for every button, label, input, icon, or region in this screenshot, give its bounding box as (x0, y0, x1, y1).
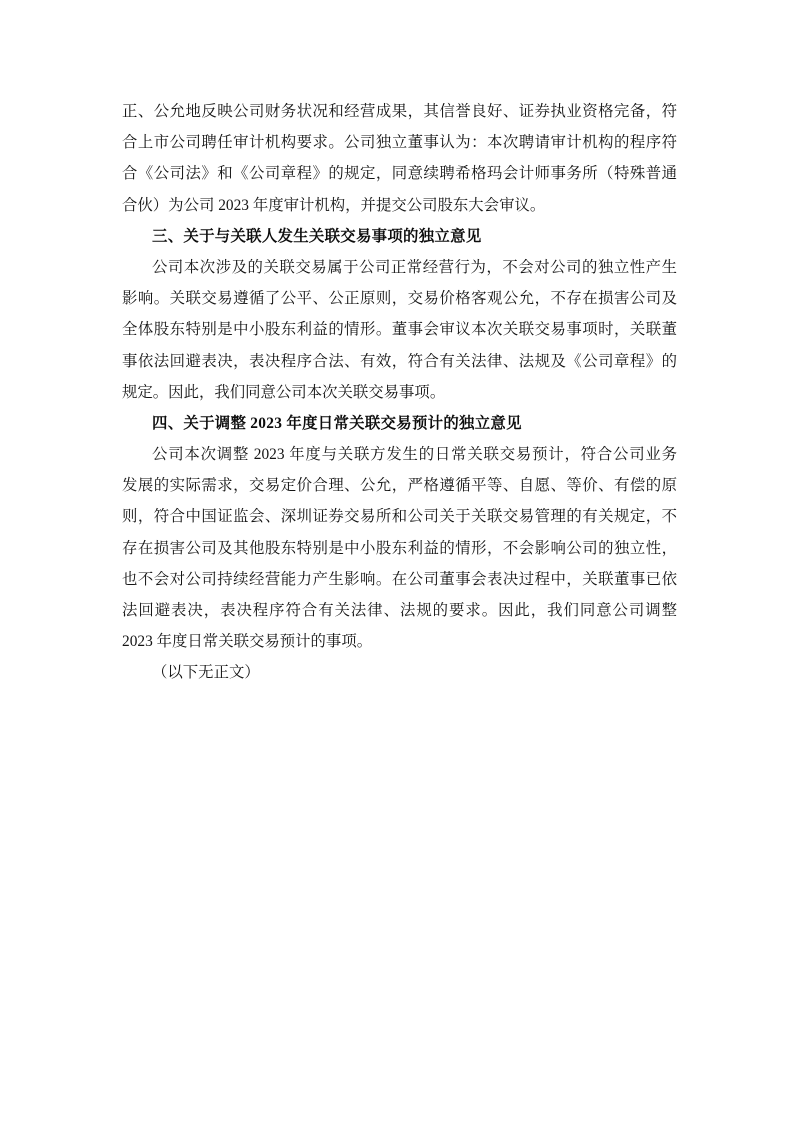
body-text-line: 法回避表决，表决程序符合有关法律、法规的要求。因此，我们同意公司调整 (122, 595, 677, 626)
body-text-line: 正、公允地反映公司财务状况和经营成果，其信誉良好、证券执业资格完备，符 (122, 96, 677, 127)
body-text-line: 全体股东特别是中小股东利益的情形。董事会审议本次关联交易事项时，关联董 (122, 314, 677, 345)
body-text-line: 也不会对公司持续经营能力产生影响。在公司董事会表决过程中，关联董事已依 (122, 564, 677, 595)
section-heading: 三、关于与关联人发生关联交易事项的独立意见 (122, 221, 677, 252)
body-text-line: 规定。因此，我们同意公司本次关联交易事项。 (122, 377, 677, 408)
body-text-line: 合上市公司聘任审计机构要求。公司独立董事认为：本次聘请审计机构的程序符 (122, 127, 677, 158)
body-text-line: 公司本次调整 2023 年度与关联方发生的日常关联交易预计，符合公司业务 (122, 439, 677, 470)
body-text-line: 合《公司法》和《公司章程》的规定，同意续聘希格玛会计师事务所（特殊普通 (122, 158, 677, 189)
body-text-line: 合伙）为公司 2023 年度审计机构，并提交公司股东大会审议。 (122, 190, 677, 221)
body-text-line: 发展的实际需求，交易定价合理、公允，严格遵循平等、自愿、等价、有偿的原 (122, 470, 677, 501)
document-page: 正、公允地反映公司财务状况和经营成果，其信誉良好、证券执业资格完备，符合上市公司… (0, 0, 793, 1122)
closing-note: （以下无正文） (122, 657, 677, 688)
body-text-line: 则，符合中国证监会、深圳证券交易所和公司关于关联交易管理的有关规定，不 (122, 501, 677, 532)
body-text-line: 2023 年度日常关联交易预计的事项。 (122, 626, 677, 657)
body-text-line: 公司本次涉及的关联交易属于公司正常经营行为，不会对公司的独立性产生 (122, 252, 677, 283)
body-text-line: 影响。关联交易遵循了公平、公正原则，交易价格客观公允，不存在损害公司及 (122, 283, 677, 314)
body-text-line: 事依法回避表决，表决程序合法、有效，符合有关法律、法规及《公司章程》的 (122, 346, 677, 377)
document-text-block: 正、公允地反映公司财务状况和经营成果，其信誉良好、证券执业资格完备，符合上市公司… (122, 96, 677, 689)
body-text-line: 存在损害公司及其他股东特别是中小股东利益的情形，不会影响公司的独立性， (122, 533, 677, 564)
section-heading: 四、关于调整 2023 年度日常关联交易预计的独立意见 (122, 408, 677, 439)
